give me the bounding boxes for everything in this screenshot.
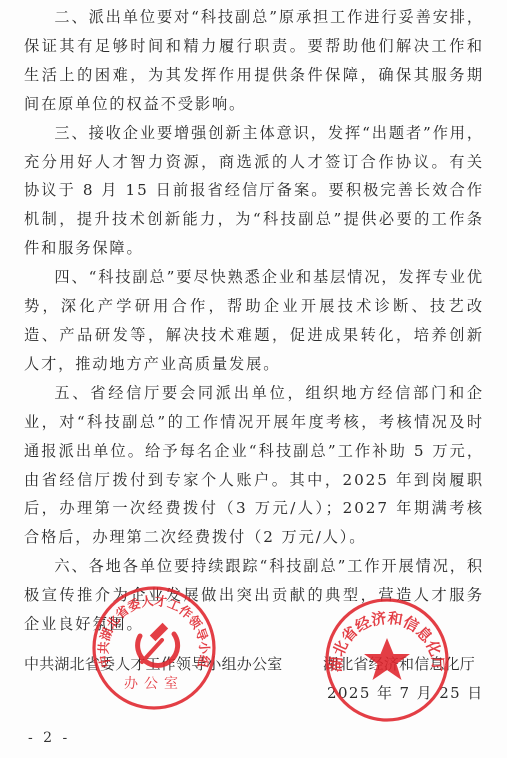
paragraph-5: 五、省经信厅要会同派出单位，组织地方经信部门和企业，对“科技副总”的工作情况开展… [24, 379, 484, 552]
paragraph-3: 三、接收企业要增强创新主体意识，发挥“出题者”作用，充分用好人才智力资源，商选派… [24, 119, 484, 264]
signature-right: 湖北省经济和信息化厅 [323, 653, 475, 674]
signature-left: 中共湖北省委人才工作领导小组办公室 [24, 653, 282, 674]
paragraph-4: 四、“科技副总”要尽快熟悉企业和基层情况，发挥专业优势，深化产学研用合作，帮助企… [24, 263, 484, 379]
signature-date: 2025 年 7 月 25 日 [327, 682, 484, 703]
seal-left-bottom-text: 办公室 [124, 675, 184, 692]
paragraph-2: 二、派出单位要对“科技副总”原承担工作进行妥善安排，保证其有足够时间和精力履行职… [24, 3, 484, 119]
page-number: - 2 - [28, 730, 70, 746]
document-body: 二、派出单位要对“科技副总”原承担工作进行妥善安排，保证其有足够时间和精力履行职… [24, 3, 484, 639]
document-page: 二、派出单位要对“科技副总”原承担工作进行妥善安排，保证其有足够时间和精力履行职… [0, 0, 507, 758]
paragraph-6: 六、各地各单位要持续跟踪“科技副总”工作开展情况，积极宣传推介为企业发展做出突出… [24, 552, 484, 639]
